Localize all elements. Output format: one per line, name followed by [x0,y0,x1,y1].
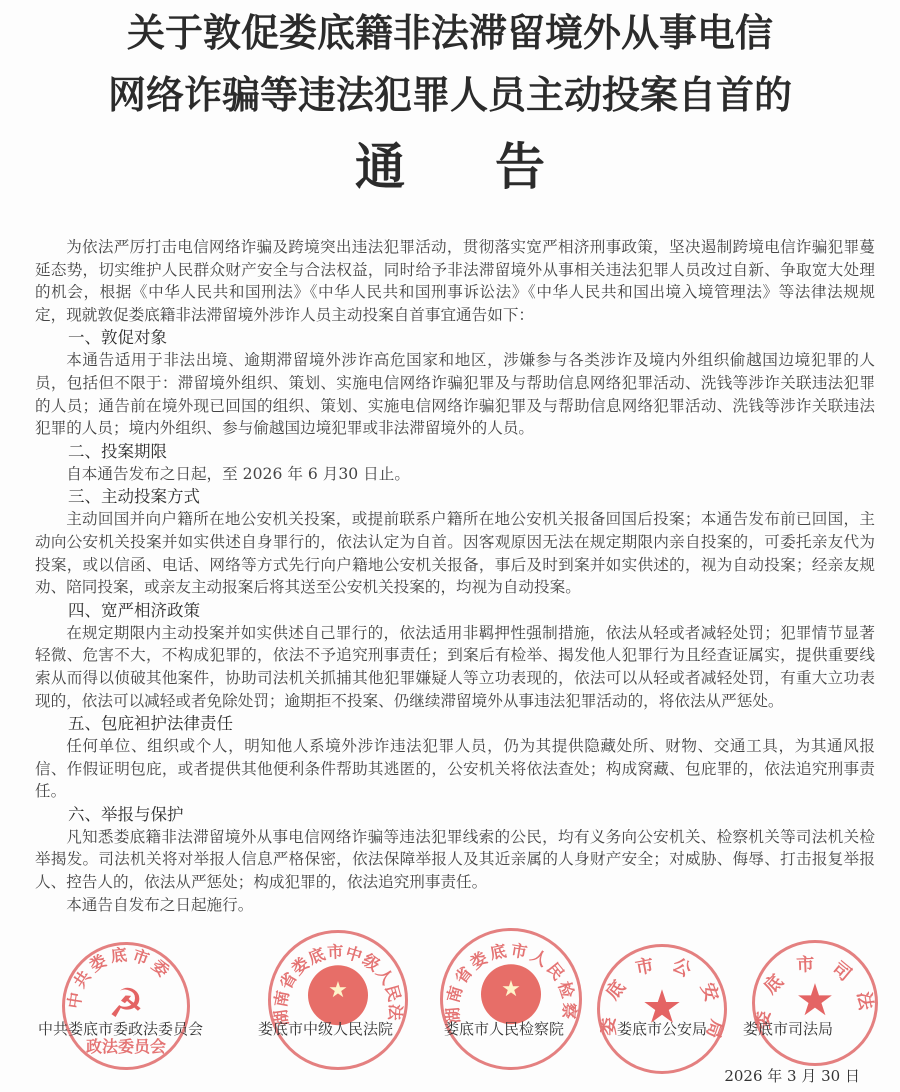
section-body-3: 主动回国并向户籍所在地公安机关投案，或提前联系户籍所在地公安机关报备回国后投案；… [35,508,875,598]
section-body-2: 自本通告发布之日起，至 2026 年 6 月30 日止。 [35,463,875,486]
star-icon: ★ [795,979,834,1023]
stamp-intermediate-court: 湖南省娄底市中级人民法院 ★ [268,930,408,1070]
stamp-procuratorate: 湖南省娄底市人民检察院 ★ [440,928,582,1070]
signatory-political-legal-committee: 中共娄底市委政法委员会 [38,1018,203,1039]
section-body-4: 在规定期限内主动投案并如实供述自己罪行的，依法适用非羁押性强制措施，依法从轻或者… [35,622,875,712]
stamp-justice-bureau: 娄底市司法局 ★ [752,940,878,1066]
section-heading-2: 二、投案期限 [35,440,875,463]
section-body-1: 本通告适用于非法出境、逾期滞留境外涉诈高危国家和地区，涉嫌参与各类涉诈及境内外组… [35,349,875,439]
section-heading-5: 五、包庇袒护法律责任 [35,712,875,735]
document-body: 为依法严厉打击电信网络诈骗及跨境突出违法犯罪活动，贯彻落实宽严相济刑事政策，坚决… [35,236,875,916]
title-line-2: 网络诈骗等违法犯罪人员主动投案自首的 [0,70,900,120]
signatory-justice-bureau: 娄底市司法局 [743,1018,833,1039]
section-heading-4: 四、宽严相济政策 [35,599,875,622]
section-heading-6: 六、举报与保护 [35,803,875,826]
signature-block: 中共娄底市委 ☭ 政法委员会 湖南省娄底市中级人民法院 ★ 湖南省娄底市人民检察… [0,940,900,1092]
title-notice: 通告 [0,135,900,199]
section-body-6: 凡知悉娄底籍非法滞留境外从事电信网络诈骗等违法犯罪线索的公民，均有义务向公安机关… [35,826,875,894]
section-heading-1: 一、敦促对象 [35,326,875,349]
stamp-public-security-bureau: 娄底市公安局 ★ [597,944,727,1074]
signatory-public-security-bureau: 娄底市公安局 [617,1018,707,1039]
stamp-political-legal-committee: 中共娄底市委 ☭ 政法委员会 [62,942,190,1070]
star-icon: ★ [328,980,348,1002]
closing-line: 本通告自发布之日起施行。 [35,894,875,917]
title-line-1: 关于敦促娄底籍非法滞留境外从事电信 [0,8,900,58]
star-icon: ★ [501,979,521,1001]
signatory-intermediate-court: 娄底市中级人民法院 [258,1018,393,1039]
intro-paragraph: 为依法严厉打击电信网络诈骗及跨境突出违法犯罪活动，贯彻落实宽严相济刑事政策，坚决… [35,236,875,326]
section-body-5: 任何单位、组织或个人，明知他人系境外涉诈违法犯罪人员，仍为其提供隐藏处所、财物、… [35,735,875,803]
issue-date: 2026 年 3 月 30 日 [724,1065,860,1086]
section-heading-3: 三、主动投案方式 [35,485,875,508]
signatory-procuratorate: 娄底市人民检察院 [444,1018,564,1039]
